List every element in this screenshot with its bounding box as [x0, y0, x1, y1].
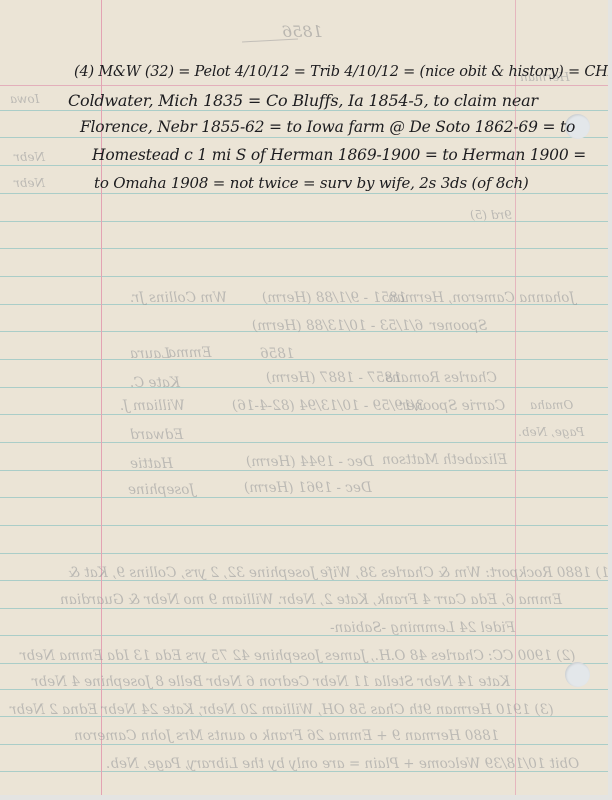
notebook-page: 1856 Herman Iowa Nebr Nebr 9rd (5) Johan…: [0, 0, 608, 795]
bleed-census-line: (1) 1880 Rockport: Wm & Charles 38, Wife…: [68, 565, 608, 581]
blue-rule: [0, 359, 608, 360]
blue-rule: [0, 744, 608, 745]
blue-rule: [0, 248, 608, 249]
bleed-census-line: Emma 6, Eda Carr 4 Frank, Kate 2, Nebr. …: [60, 592, 562, 608]
bleed-table-spouse: Spooner: [430, 318, 487, 334]
bleed-table-dates: 1856: [260, 346, 294, 362]
bleed-census-line: Kate 14 Nebr Stella 11 Nebr Cedron 6 Neb…: [32, 674, 510, 690]
blue-rule: [0, 137, 608, 138]
bleed-small-note: 9rd (5): [470, 208, 512, 222]
bleed-margin-note: Omaha: [530, 398, 573, 412]
bleed-table-name: Edward: [130, 427, 183, 443]
entry-line-4: Homestead c 1 mi S of Herman 1869-1900 =…: [92, 146, 586, 164]
bleed-census-line: 1880 Herman 9 + Emma 26 Frank o aunts Mr…: [74, 728, 499, 744]
bleed-census-line: (3) 1910 Herman 9th Chas 58 OH, William …: [10, 702, 554, 718]
top-pink-rule: [0, 85, 608, 86]
bleed-margin-note: Iowa: [10, 92, 39, 106]
bleed-margin-note: Page, Neb.: [518, 425, 584, 439]
blue-rule: [0, 497, 608, 498]
bleed-table-spouse: Johanna Cameron, Herman: [388, 290, 575, 306]
bleed-table-dates: Dec - 1944 (Herm): [246, 454, 374, 470]
bleed-table-spouse: Elizabeth Mattson: [382, 452, 507, 468]
bleed-census-line: Obit 10/18/39 Welcome + Plain = are only…: [106, 756, 579, 772]
blue-rule: [0, 525, 608, 526]
blue-rule: [0, 276, 608, 277]
blue-rule: [0, 193, 608, 194]
blue-rule: [0, 442, 608, 443]
entry-line-2: Coldwater, Mich 1835 = Co Bluffs, Ia 185…: [68, 91, 538, 110]
bleed-table-dates: 6/1/53 - 10/13/88 (Herm): [252, 318, 423, 334]
binder-hole-bottom: [565, 662, 590, 687]
bleed-table-name: Hattie: [130, 456, 173, 472]
blue-rule: [0, 221, 608, 222]
bleed-margin-note: Nebr: [14, 176, 45, 190]
blue-rule: [0, 470, 608, 471]
blue-rule: [0, 553, 608, 554]
bleed-table-name: Emma: [168, 345, 212, 361]
bleed-table-dates: Dec - 1961 (Herm): [244, 480, 372, 496]
entry-line-1: (4) M&W (32) = Pelot 4/10/12 = Trib 4/10…: [74, 64, 608, 80]
entry-line-5: to Omaha 1908 = not twice = surv by wife…: [94, 174, 529, 192]
blue-rule: [0, 110, 608, 111]
blue-rule: [0, 608, 608, 609]
bleed-margin-note: Nebr: [14, 150, 45, 164]
blue-rule: [0, 387, 608, 388]
blue-rule: [0, 414, 608, 415]
bleed-census-line: (2) 1900 CC: Charles 48 O.H., James Jose…: [20, 648, 575, 664]
bleed-table-name: Wm Collins Jr.: [130, 290, 227, 306]
bleed-table-spouse: Charles Romans: [385, 370, 497, 386]
bleed-census-line: Fidel 24 Lemming -Sabian-: [330, 620, 515, 636]
bleed-table-name: William J.: [120, 398, 185, 414]
bleed-table-name: Kate C.: [130, 375, 180, 391]
bleed-table-name: Laura: [130, 346, 170, 362]
bleed-table-dates: 3/19/59 - 10/13/94 (82-4-16): [232, 398, 425, 414]
entry-line-3: Florence, Nebr 1855-62 = to Iowa farm @ …: [80, 118, 575, 136]
blue-rule: [0, 165, 608, 166]
bleed-table-name: Josephine: [128, 482, 195, 498]
blue-rule: [0, 635, 608, 636]
bleed-table-dates: 1851 - 9/1/88 (Herm): [262, 290, 407, 306]
bleed-table-dates: 1857 - 1887 (Herm): [266, 370, 402, 386]
